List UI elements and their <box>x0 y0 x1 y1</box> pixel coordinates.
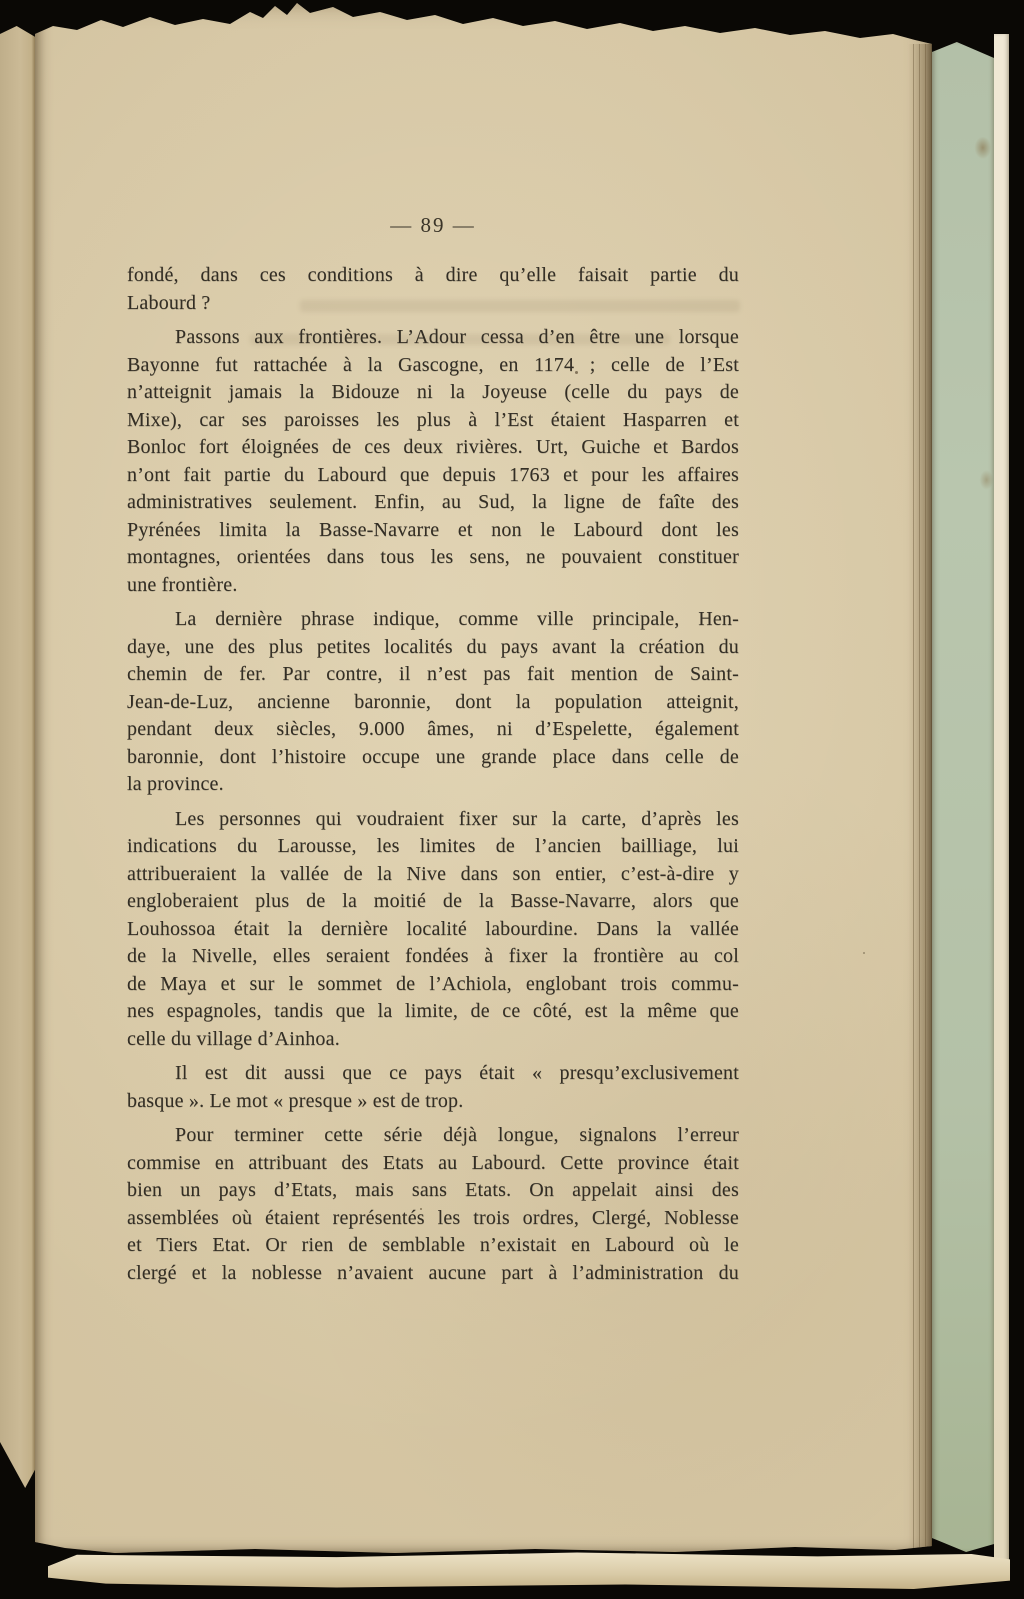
text-line: baronnie, dont l’histoire occupe une gra… <box>127 744 739 772</box>
text-line: Les personnes qui voudraient fixer sur l… <box>127 806 739 834</box>
text-line: Bonloc fort éloignées de ces deux rivièr… <box>127 434 739 462</box>
paragraph: Passons aux frontières. L’Adour cessa d’… <box>127 324 739 599</box>
text-line: Pyrénées limita la Basse-Navarre et non … <box>127 517 739 545</box>
text-line: une frontière. <box>127 572 739 600</box>
text-block: fondé, dans ces conditions à dire qu’ell… <box>127 262 739 1287</box>
text-line: basque ». Le mot « presque » est de trop… <box>127 1088 739 1116</box>
text-line: nes espagnoles, tandis que la limite, de… <box>127 998 739 1026</box>
text-line: Bayonne fut rattachée à la Gascogne, en … <box>127 352 739 380</box>
text-line: Il est dit aussi que ce pays était « pre… <box>127 1060 739 1088</box>
text-line: commise en attribuant des Etats au Labou… <box>127 1150 739 1178</box>
text-line: n’ont fait partie du Labourd que depuis … <box>127 462 739 490</box>
text-line: Mixe), car ses paroisses les plus à l’Es… <box>127 407 739 435</box>
text-line: indications du Larousse, les limites de … <box>127 833 739 861</box>
text-line: montagnes, orientées dans tous les sens,… <box>127 544 739 572</box>
text-line: Louhossoa était la dernière localité lab… <box>127 916 739 944</box>
text-line: clergé et la noblesse n’avaient aucune p… <box>127 1260 739 1288</box>
text-line: bien un pays d’Etats, mais sans Etats. O… <box>127 1177 739 1205</box>
page-number: — 89 — <box>127 213 739 238</box>
text-line: Labourd ? <box>127 290 739 318</box>
cover-edge-right <box>994 34 1009 1572</box>
text-line: engloberaient plus de la moitié de la Ba… <box>127 888 739 916</box>
book-page: — 89 — fondé, dans ces conditions à dire… <box>35 0 932 1557</box>
text-line: attribueraient la vallée de la Nive dans… <box>127 861 739 889</box>
text-line: la province. <box>127 771 739 799</box>
left-page-gutter <box>0 26 37 1488</box>
cover-edge-bottom <box>48 1551 1010 1589</box>
paragraph: Il est dit aussi que ce pays était « pre… <box>127 1060 739 1115</box>
paragraph: Les personnes qui voudraient fixer sur l… <box>127 806 739 1054</box>
stacked-page-edges <box>908 44 932 1549</box>
text-line: de Maya et sur le sommet de l’Achiola, e… <box>127 971 739 999</box>
scanned-book-photo: — 89 — fondé, dans ces conditions à dire… <box>0 0 1024 1599</box>
text-line: Passons aux frontières. L’Adour cessa d’… <box>127 324 739 352</box>
text-line: daye, une des plus petites localités du … <box>127 634 739 662</box>
text-line: chemin de fer. Par contre, il n’est pas … <box>127 661 739 689</box>
text-line: celle du village d’Ainhoa. <box>127 1026 739 1054</box>
text-line: Jean-de-Luz, ancienne baronnie, dont la … <box>127 689 739 717</box>
text-line: et Tiers Etat. Or rien de semblable n’ex… <box>127 1232 739 1260</box>
text-line: assemblées où étaient représentés les tr… <box>127 1205 739 1233</box>
text-line: La dernière phrase indique, comme ville … <box>127 606 739 634</box>
text-line: de la Nivelle, elles seraient fondées à … <box>127 943 739 971</box>
text-line: fondé, dans ces conditions à dire qu’ell… <box>127 262 739 290</box>
flyleaf-green-edge <box>932 42 994 1552</box>
text-line: Pour terminer cette série déjà longue, s… <box>127 1122 739 1150</box>
text-line: n’atteignit jamais la Bidouze ni la Joye… <box>127 379 739 407</box>
paragraph: fondé, dans ces conditions à dire qu’ell… <box>127 262 739 317</box>
text-line: administratives seulement. Enfin, au Sud… <box>127 489 739 517</box>
paper-speck <box>863 952 865 954</box>
paragraph: Pour terminer cette série déjà longue, s… <box>127 1122 739 1287</box>
paper-speck <box>575 371 578 374</box>
paper-speck <box>700 478 702 480</box>
paper-speck <box>420 1208 422 1210</box>
text-line: pendant deux siècles, 9.000 âmes, ni d’E… <box>127 716 739 744</box>
paragraph: La dernière phrase indique, comme ville … <box>127 606 739 799</box>
